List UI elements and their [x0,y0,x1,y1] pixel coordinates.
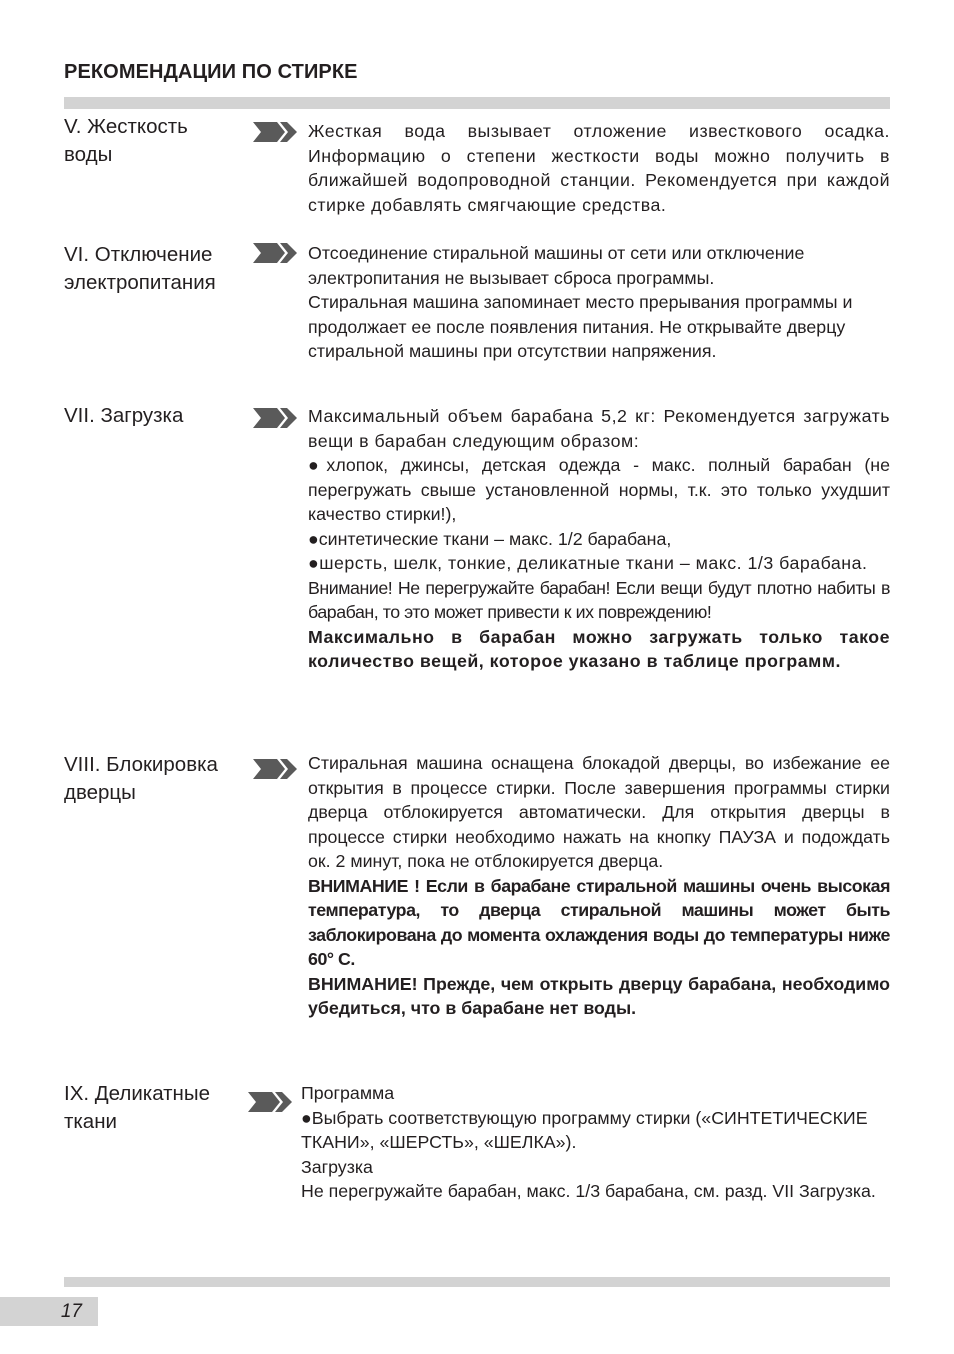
paragraph: Загрузка [301,1155,883,1180]
paragraph: Стиральная машина оснащена блокадой двер… [308,751,890,874]
bullet-item: ●шерсть, шелк, тонкие, деликатные ткани … [308,551,890,576]
warning-note: ВНИМАНИЕ! Прежде, чем открыть дверцу бар… [308,972,890,1021]
section-label-line: ткани [64,1108,254,1136]
section-text: Максимальный объем барабана 5,2 кг: Реко… [308,404,890,674]
section-label-line: VIII. Блокировка [64,751,254,779]
header-divider [64,97,890,109]
page-title: РЕКОМЕНДАЦИИ ПО СТИРКЕ [64,61,358,84]
section-label-line: IX. Деликатные [64,1080,254,1108]
warning-paragraph: Внимание! Не перегружайте барабан! Если … [308,576,890,625]
section-label-line: VII. Загрузка [64,402,254,430]
footer-divider [64,1277,890,1287]
paragraph: Программа [301,1081,883,1106]
bullet-item: ●синтетические ткани – макс. 1/2 барабан… [308,527,890,552]
section-label: VIII. Блокировка дверцы [64,751,254,807]
paragraph: Максимальный объем барабана 5,2 кг: Реко… [308,404,890,453]
double-chevron-right-icon [253,122,303,142]
bold-note: Максимально в барабан можно загружать то… [308,625,890,674]
warning-note: ВНИМАНИЕ ! Если в барабане стиральной ма… [308,874,890,972]
section-text: Стиральная машина оснащена блокадой двер… [308,751,890,1021]
double-chevron-right-icon [253,759,303,779]
section-text: Программа ●Выбрать соответствующую прогр… [301,1081,883,1204]
bullet-item: ●Выбрать соответствующую программу стирк… [301,1106,883,1155]
section-label: IX. Деликатные ткани [64,1080,254,1136]
paragraph: Отсоединение стиральной машины от сети и… [308,241,890,290]
section-label: VI. Отключение электропитания [64,241,254,297]
section-text: Жесткая вода вызывает отложение известко… [308,119,890,217]
section-text: Отсоединение стиральной машины от сети и… [308,241,890,364]
section-label: V. Жесткость воды [64,113,254,169]
section-label-line: воды [64,141,254,169]
section-label-line: электропитания [64,269,254,297]
page-number: 17 [61,1301,82,1323]
section-label-line: V. Жесткость [64,113,254,141]
double-chevron-right-icon [253,408,303,428]
paragraph: Жесткая вода вызывает отложение известко… [308,119,890,217]
section-label: VII. Загрузка [64,402,254,430]
paragraph: Стиральная машина запоминает место преры… [308,290,890,364]
section-label-line: дверцы [64,779,254,807]
section-label-line: VI. Отключение [64,241,254,269]
paragraph: Не перегружайте барабан, макс. 1/3 бараб… [301,1179,883,1204]
double-chevron-right-icon [248,1092,298,1112]
bullet-item: ●хлопок, джинсы, детская одежда - макс. … [308,453,890,527]
double-chevron-right-icon [253,243,303,263]
page-number-box: 17 [0,1297,98,1326]
